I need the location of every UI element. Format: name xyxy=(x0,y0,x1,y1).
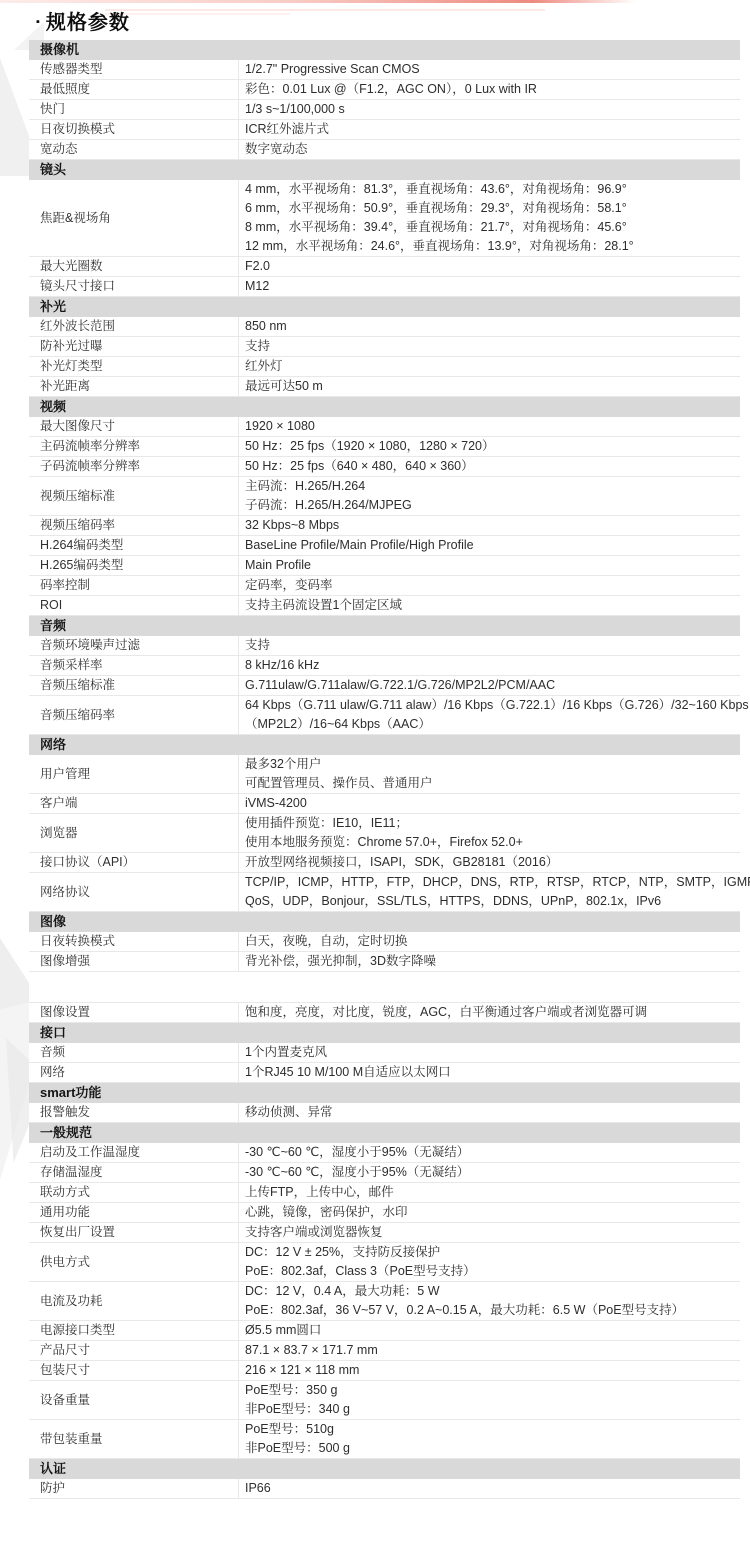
spec-row: 最大图像尺寸1920 × 1080 xyxy=(29,417,740,437)
spec-label: 日夜转换模式 xyxy=(29,932,239,951)
spec-row: 宽动态数字宽动态 xyxy=(29,140,740,160)
section-header: 镜头 xyxy=(29,160,740,180)
spec-row: 日夜切换模式ICR红外滤片式 xyxy=(29,120,740,140)
spec-label: 宽动态 xyxy=(29,140,239,159)
spec-label: 防护 xyxy=(29,1479,239,1498)
spec-value: ICR红外滤片式 xyxy=(239,120,740,139)
spec-row: 音频压缩码率64 Kbps（G.711 ulaw/G.711 alaw）/16 … xyxy=(29,696,740,735)
spec-row: H.264编码类型BaseLine Profile/Main Profile/H… xyxy=(29,536,740,556)
spec-value-line: 使用本地服务预览：Chrome 57.0+，Firefox 52.0+ xyxy=(245,833,740,852)
spec-label: 红外波长范围 xyxy=(29,317,239,336)
spec-value: 1个RJ45 10 M/100 M自适应以太网口 xyxy=(239,1063,740,1082)
section-header: 一般规范 xyxy=(29,1123,740,1143)
spec-value: DC：12 V，0.4 A，最大功耗：5 WPoE：802.3af，36 V~5… xyxy=(239,1282,740,1320)
spec-label: 设备重量 xyxy=(29,1381,239,1419)
spec-label: 最大图像尺寸 xyxy=(29,417,239,436)
spec-value-line: 非PoE型号：340 g xyxy=(245,1400,740,1419)
spec-row: 存储温湿度-30 ℃~60 ℃，湿度小于95%（无凝结） xyxy=(29,1163,740,1183)
section-header: 接口 xyxy=(29,1023,740,1043)
spec-label: 音频采样率 xyxy=(29,656,239,675)
spec-value-line: IP66 xyxy=(245,1479,740,1498)
spec-value-line: 87.1 × 83.7 × 171.7 mm xyxy=(245,1341,740,1360)
spec-value: 1个内置麦克风 xyxy=(239,1043,740,1062)
spec-row: 码率控制定码率，变码率 xyxy=(29,576,740,596)
spec-value-line: 非PoE型号：500 g xyxy=(245,1439,740,1458)
spec-row: ROI支持主码流设置1个固定区域 xyxy=(29,596,740,616)
spec-value-line: TCP/IP，ICMP，HTTP，FTP，DHCP，DNS，RTP，RTSP，R… xyxy=(245,873,740,892)
spec-value-line: 1个RJ45 10 M/100 M自适应以太网口 xyxy=(245,1063,740,1082)
spec-label: 图像增强 xyxy=(29,952,239,971)
spec-value-line: 背光补偿，强光抑制，3D数字降噪 xyxy=(245,952,740,971)
spec-value: 数字宽动态 xyxy=(239,140,740,159)
spec-value: 4 mm，水平视场角：81.3°，垂直视场角：43.6°，对角视场角：96.9°… xyxy=(239,180,740,256)
spec-value: Main Profile xyxy=(239,556,740,575)
spec-value: 支持主码流设置1个固定区域 xyxy=(239,596,740,615)
spec-value-line: 心跳，镜像，密码保护，水印 xyxy=(245,1203,740,1222)
spec-label: 焦距&视场角 xyxy=(29,180,239,256)
spec-label: 存储温湿度 xyxy=(29,1163,239,1182)
spec-value-line: F2.0 xyxy=(245,257,740,276)
spec-value-line: -30 ℃~60 ℃，湿度小于95%（无凝结） xyxy=(245,1143,740,1162)
spec-value-line: 50 Hz：25 fps（1920 × 1080，1280 × 720） xyxy=(245,437,740,456)
spec-value: 850 nm xyxy=(239,317,740,336)
spec-label: H.265编码类型 xyxy=(29,556,239,575)
spec-value: 32 Kbps~8 Mbps xyxy=(239,516,740,535)
spec-value: 背光补偿，强光抑制，3D数字降噪 xyxy=(239,952,740,971)
spec-value-line: 支持客户端或浏览器恢复 xyxy=(245,1223,740,1242)
spec-label: 接口协议（API） xyxy=(29,853,239,872)
spec-row: 浏览器使用插件预览：IE10，IE11；使用本地服务预览：Chrome 57.0… xyxy=(29,814,740,853)
spec-value: DC：12 V ± 25%，支持防反接保护PoE：802.3af，Class 3… xyxy=(239,1243,740,1281)
spec-label: 产品尺寸 xyxy=(29,1341,239,1360)
spec-value-line: 移动侦测、异常 xyxy=(245,1103,740,1122)
spec-row: 用户管理最多32个用户可配置管理员、操作员、普通用户 xyxy=(29,755,740,794)
spec-row: 最低照度彩色：0.01 Lux @（F1.2，AGC ON），0 Lux wit… xyxy=(29,80,740,100)
spec-value-line: DC：12 V ± 25%，支持防反接保护 xyxy=(245,1243,740,1262)
spec-label: 电源接口类型 xyxy=(29,1321,239,1340)
title-bullet-icon: ▪ xyxy=(36,16,41,28)
spec-value-line: DC：12 V，0.4 A，最大功耗：5 W xyxy=(245,1282,740,1301)
spec-value-line: 6 mm，水平视场角：50.9°，垂直视场角：29.3°，对角视场角：58.1° xyxy=(245,199,740,218)
spec-label: 视频压缩码率 xyxy=(29,516,239,535)
spec-value-line: 白天，夜晚，自动，定时切换 xyxy=(245,932,740,951)
spec-label: 通用功能 xyxy=(29,1203,239,1222)
spec-row: 电流及功耗DC：12 V，0.4 A，最大功耗：5 WPoE：802.3af，3… xyxy=(29,1282,740,1321)
spec-value-line: G.711ulaw/G.711alaw/G.722.1/G.726/MP2L2/… xyxy=(245,676,740,695)
spec-row: 报警触发移动侦测、异常 xyxy=(29,1103,740,1123)
spec-value: F2.0 xyxy=(239,257,740,276)
section-header: 视频 xyxy=(29,397,740,417)
spec-row: 电源接口类型Ø5.5 mm圆口 xyxy=(29,1321,740,1341)
spec-row: 通用功能心跳，镜像，密码保护，水印 xyxy=(29,1203,740,1223)
spec-value-line: 1个内置麦克风 xyxy=(245,1043,740,1062)
spec-row: 子码流帧率分辨率50 Hz：25 fps（640 × 480，640 × 360… xyxy=(29,457,740,477)
spec-value-line: 1/3 s~1/100,000 s xyxy=(245,100,740,119)
spec-value: BaseLine Profile/Main Profile/High Profi… xyxy=(239,536,740,555)
section-header: 摄像机 xyxy=(29,40,740,60)
spec-row: 图像增强背光补偿，强光抑制，3D数字降噪 xyxy=(29,952,740,972)
spec-value-line: 支持 xyxy=(245,636,740,655)
spec-value: G.711ulaw/G.711alaw/G.722.1/G.726/MP2L2/… xyxy=(239,676,740,695)
spec-row: 客户端iVMS-4200 xyxy=(29,794,740,814)
spec-row: 网络1个RJ45 10 M/100 M自适应以太网口 xyxy=(29,1063,740,1083)
spec-label: 带包装重量 xyxy=(29,1420,239,1458)
spec-value-line: 上传FTP，上传中心，邮件 xyxy=(245,1183,740,1202)
spec-value-line: 850 nm xyxy=(245,317,740,336)
spec-value: 最多32个用户可配置管理员、操作员、普通用户 xyxy=(239,755,740,793)
spec-label: 防补光过曝 xyxy=(29,337,239,356)
spec-label: 网络 xyxy=(29,1063,239,1082)
spec-value-line: M12 xyxy=(245,277,740,296)
spec-value-line: -30 ℃~60 ℃，湿度小于95%（无凝结） xyxy=(245,1163,740,1182)
spec-label: 图像设置 xyxy=(29,1003,239,1022)
spec-value: 1/3 s~1/100,000 s xyxy=(239,100,740,119)
spec-row: 焦距&视场角4 mm，水平视场角：81.3°，垂直视场角：43.6°，对角视场角… xyxy=(29,180,740,257)
spec-label: 最低照度 xyxy=(29,80,239,99)
spec-value: PoE型号：350 g非PoE型号：340 g xyxy=(239,1381,740,1419)
top-accent-line xyxy=(0,0,650,3)
spec-label: 快门 xyxy=(29,100,239,119)
section-header: 音频 xyxy=(29,616,740,636)
spec-value: 移动侦测、异常 xyxy=(239,1103,740,1122)
spec-row: 包装尺寸216 × 121 × 118 mm xyxy=(29,1361,740,1381)
spec-value: 8 kHz/16 kHz xyxy=(239,656,740,675)
spec-label: 电流及功耗 xyxy=(29,1282,239,1320)
spec-value: 红外灯 xyxy=(239,357,740,376)
spec-label: 恢复出厂设置 xyxy=(29,1223,239,1242)
spec-label: 报警触发 xyxy=(29,1103,239,1122)
spec-row: 图像设置饱和度，亮度，对比度，锐度，AGC，白平衡通过客户端或者浏览器可调 xyxy=(29,1003,740,1023)
spec-value-line: 数字宽动态 xyxy=(245,140,740,159)
spec-value: 64 Kbps（G.711 ulaw/G.711 alaw）/16 Kbps（G… xyxy=(239,696,740,734)
spec-value: PoE型号：510g非PoE型号：500 g xyxy=(239,1420,740,1458)
spec-label: 视频压缩标准 xyxy=(29,477,239,515)
spec-label: 音频压缩标准 xyxy=(29,676,239,695)
section-header: 认证 xyxy=(29,1459,740,1479)
spec-value: 使用插件预览：IE10，IE11；使用本地服务预览：Chrome 57.0+，F… xyxy=(239,814,740,852)
spec-value-line: Main Profile xyxy=(245,556,740,575)
spec-value-line: 8 mm，水平视场角：39.4°，垂直视场角：21.7°，对角视场角：45.6° xyxy=(245,218,740,237)
spec-label: 补光灯类型 xyxy=(29,357,239,376)
spec-label: 网络协议 xyxy=(29,873,239,911)
spec-label: 音频 xyxy=(29,1043,239,1062)
section-header: smart功能 xyxy=(29,1083,740,1103)
spec-value-line: 32 Kbps~8 Mbps xyxy=(245,516,740,535)
spec-value-line: PoE型号：350 g xyxy=(245,1381,740,1400)
section-header: 补光 xyxy=(29,297,740,317)
spec-row: 带包装重量PoE型号：510g非PoE型号：500 g xyxy=(29,1420,740,1459)
spec-value-line: 主码流：H.265/H.264 xyxy=(245,477,740,496)
spec-row: 防护IP66 xyxy=(29,1479,740,1499)
spec-value-line: 50 Hz：25 fps（640 × 480，640 × 360） xyxy=(245,457,740,476)
top-accent-smudge xyxy=(105,9,545,11)
spec-row: 音频压缩标准G.711ulaw/G.711alaw/G.722.1/G.726/… xyxy=(29,676,740,696)
spec-value-line: 开放型网络视频接口，ISAPI，SDK，GB28181（2016） xyxy=(245,853,740,872)
spec-label: H.264编码类型 xyxy=(29,536,239,555)
spec-value: 主码流：H.265/H.264子码流：H.265/H.264/MJPEG xyxy=(239,477,740,515)
spec-label: 最大光圈数 xyxy=(29,257,239,276)
spec-label: 启动及工作温湿度 xyxy=(29,1143,239,1162)
page-title-text: 规格参数 xyxy=(46,6,130,35)
page-title: ▪ 规格参数 xyxy=(36,6,130,35)
spec-label: 联动方式 xyxy=(29,1183,239,1202)
spec-value-line: 4 mm，水平视场角：81.3°，垂直视场角：43.6°，对角视场角：96.9° xyxy=(245,180,740,199)
spec-value-line: 子码流：H.265/H.264/MJPEG xyxy=(245,496,740,515)
spec-value-line: 216 × 121 × 118 mm xyxy=(245,1361,740,1380)
spec-label: 包装尺寸 xyxy=(29,1361,239,1380)
spec-value-line: 8 kHz/16 kHz xyxy=(245,656,740,675)
spec-value: M12 xyxy=(239,277,740,296)
spec-value: TCP/IP，ICMP，HTTP，FTP，DHCP，DNS，RTP，RTSP，R… xyxy=(239,873,740,911)
spec-value: 87.1 × 83.7 × 171.7 mm xyxy=(239,1341,740,1360)
spec-row: 启动及工作温湿度-30 ℃~60 ℃，湿度小于95%（无凝结） xyxy=(29,1143,740,1163)
spec-value-line: （MP2L2）/16~64 Kbps（AAC） xyxy=(245,715,740,734)
spec-row: 音频环境噪声过滤支持 xyxy=(29,636,740,656)
spec-value: 定码率，变码率 xyxy=(239,576,740,595)
spec-row: 恢复出厂设置支持客户端或浏览器恢复 xyxy=(29,1223,740,1243)
spec-row: 日夜转换模式白天，夜晚，自动，定时切换 xyxy=(29,932,740,952)
spec-value: 1/2.7" Progressive Scan CMOS xyxy=(239,60,740,79)
spec-row: 音频1个内置麦克风 xyxy=(29,1043,740,1063)
spec-value: 50 Hz：25 fps（640 × 480，640 × 360） xyxy=(239,457,740,476)
spec-value: 1920 × 1080 xyxy=(239,417,740,436)
spec-label: 码率控制 xyxy=(29,576,239,595)
spec-value: 彩色：0.01 Lux @（F1.2，AGC ON），0 Lux with IR xyxy=(239,80,740,99)
spec-value: IP66 xyxy=(239,1479,740,1498)
spec-value-line: 1/2.7" Progressive Scan CMOS xyxy=(245,60,740,79)
spec-value: 开放型网络视频接口，ISAPI，SDK，GB28181（2016） xyxy=(239,853,740,872)
spec-label: 镜头尺寸接口 xyxy=(29,277,239,296)
spec-row: 供电方式DC：12 V ± 25%，支持防反接保护PoE：802.3af，Cla… xyxy=(29,1243,740,1282)
spec-value-line: 可配置管理员、操作员、普通用户 xyxy=(245,774,740,793)
spec-row: 红外波长范围850 nm xyxy=(29,317,740,337)
spec-row: 防补光过曝支持 xyxy=(29,337,740,357)
spec-label: 子码流帧率分辨率 xyxy=(29,457,239,476)
spec-row: 接口协议（API）开放型网络视频接口，ISAPI，SDK，GB28181（201… xyxy=(29,853,740,873)
spec-value-line: 定码率，变码率 xyxy=(245,576,740,595)
spec-row: 传感器类型1/2.7" Progressive Scan CMOS xyxy=(29,60,740,80)
spec-value-line: PoE型号：510g xyxy=(245,1420,740,1439)
spec-value-line: 使用插件预览：IE10，IE11； xyxy=(245,814,740,833)
spec-value-line: BaseLine Profile/Main Profile/High Profi… xyxy=(245,536,740,555)
spec-value: 支持 xyxy=(239,337,740,356)
spec-row: 镜头尺寸接口M12 xyxy=(29,277,740,297)
spec-value: 心跳，镜像，密码保护，水印 xyxy=(239,1203,740,1222)
spec-row: 快门1/3 s~1/100,000 s xyxy=(29,100,740,120)
spec-row: 产品尺寸87.1 × 83.7 × 171.7 mm xyxy=(29,1341,740,1361)
table-gap xyxy=(29,972,740,1003)
spec-value-line: 12 mm，水平视场角：24.6°，垂直视场角：13.9°，对角视场角：28.1… xyxy=(245,237,740,256)
spec-value: 上传FTP，上传中心，邮件 xyxy=(239,1183,740,1202)
top-accent-smudge xyxy=(105,13,290,15)
spec-label: 客户端 xyxy=(29,794,239,813)
spec-label: 主码流帧率分辨率 xyxy=(29,437,239,456)
spec-value-line: iVMS-4200 xyxy=(245,794,740,813)
spec-table: 摄像机传感器类型1/2.7" Progressive Scan CMOS最低照度… xyxy=(29,40,740,1499)
spec-value-line: PoE：802.3af，Class 3（PoE型号支持） xyxy=(245,1262,740,1281)
spec-value-line: 支持 xyxy=(245,337,740,356)
spec-value: iVMS-4200 xyxy=(239,794,740,813)
spec-label: 日夜切换模式 xyxy=(29,120,239,139)
spec-value: 白天，夜晚，自动，定时切换 xyxy=(239,932,740,951)
spec-label: 浏览器 xyxy=(29,814,239,852)
spec-label: 音频环境噪声过滤 xyxy=(29,636,239,655)
spec-row: 设备重量PoE型号：350 g非PoE型号：340 g xyxy=(29,1381,740,1420)
spec-row: H.265编码类型Main Profile xyxy=(29,556,740,576)
spec-value-line: 64 Kbps（G.711 ulaw/G.711 alaw）/16 Kbps（G… xyxy=(245,696,740,715)
spec-value-line: 支持主码流设置1个固定区域 xyxy=(245,596,740,615)
spec-row: 联动方式上传FTP，上传中心，邮件 xyxy=(29,1183,740,1203)
spec-value: 饱和度，亮度，对比度，锐度，AGC，白平衡通过客户端或者浏览器可调 xyxy=(239,1003,740,1022)
spec-row: 最大光圈数F2.0 xyxy=(29,257,740,277)
spec-value-line: ICR红外滤片式 xyxy=(245,120,740,139)
spec-row: 音频采样率8 kHz/16 kHz xyxy=(29,656,740,676)
spec-row: 主码流帧率分辨率50 Hz：25 fps（1920 × 1080，1280 × … xyxy=(29,437,740,457)
spec-value: Ø5.5 mm圆口 xyxy=(239,1321,740,1340)
spec-value-line: 最多32个用户 xyxy=(245,755,740,774)
section-header: 图像 xyxy=(29,912,740,932)
spec-value: -30 ℃~60 ℃，湿度小于95%（无凝结） xyxy=(239,1163,740,1182)
spec-value-line: PoE：802.3af，36 V~57 V，0.2 A~0.15 A，最大功耗：… xyxy=(245,1301,740,1320)
spec-label: 用户管理 xyxy=(29,755,239,793)
section-header: 网络 xyxy=(29,735,740,755)
spec-row: 补光灯类型红外灯 xyxy=(29,357,740,377)
spec-row: 补光距离最远可达50 m xyxy=(29,377,740,397)
spec-value-line: 1920 × 1080 xyxy=(245,417,740,436)
spec-label: 供电方式 xyxy=(29,1243,239,1281)
spec-label: 音频压缩码率 xyxy=(29,696,239,734)
spec-value-line: 饱和度，亮度，对比度，锐度，AGC，白平衡通过客户端或者浏览器可调 xyxy=(245,1003,740,1022)
spec-row: 网络协议TCP/IP，ICMP，HTTP，FTP，DHCP，DNS，RTP，RT… xyxy=(29,873,740,912)
spec-value: 最远可达50 m xyxy=(239,377,740,396)
spec-row: 视频压缩码率32 Kbps~8 Mbps xyxy=(29,516,740,536)
spec-value: 支持 xyxy=(239,636,740,655)
spec-value-line: 最远可达50 m xyxy=(245,377,740,396)
spec-label: 传感器类型 xyxy=(29,60,239,79)
spec-value: 支持客户端或浏览器恢复 xyxy=(239,1223,740,1242)
spec-label: ROI xyxy=(29,596,239,615)
spec-row: 视频压缩标准主码流：H.265/H.264子码流：H.265/H.264/MJP… xyxy=(29,477,740,516)
spec-value-line: 红外灯 xyxy=(245,357,740,376)
spec-value-line: QoS，UDP，Bonjour，SSL/TLS，HTTPS，DDNS，UPnP，… xyxy=(245,892,740,911)
spec-value: 216 × 121 × 118 mm xyxy=(239,1361,740,1380)
spec-value: 50 Hz：25 fps（1920 × 1080，1280 × 720） xyxy=(239,437,740,456)
spec-value: -30 ℃~60 ℃，湿度小于95%（无凝结） xyxy=(239,1143,740,1162)
spec-label: 补光距离 xyxy=(29,377,239,396)
spec-value-line: Ø5.5 mm圆口 xyxy=(245,1321,740,1340)
spec-value-line: 彩色：0.01 Lux @（F1.2，AGC ON），0 Lux with IR xyxy=(245,80,740,99)
